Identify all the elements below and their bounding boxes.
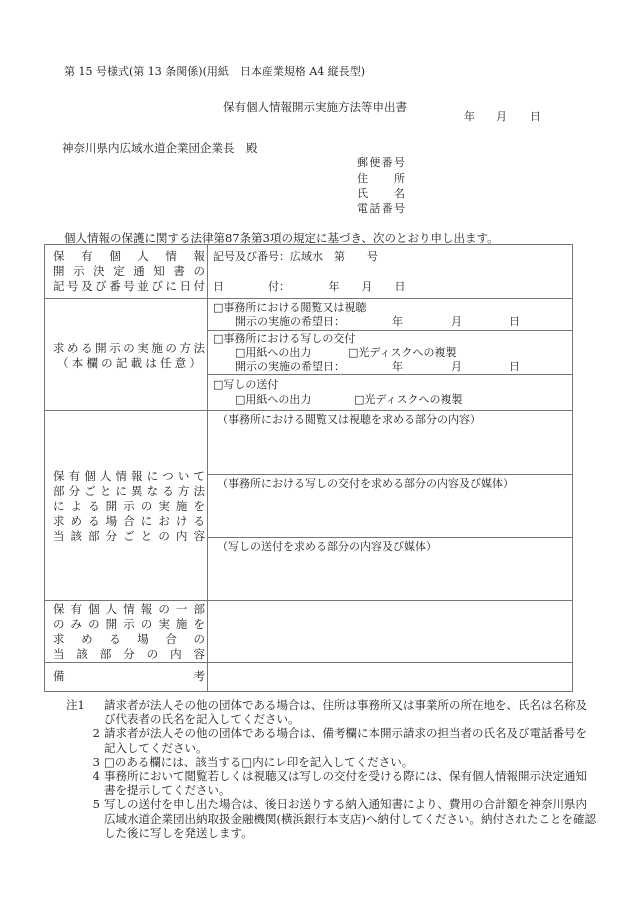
mail-copy-label: 写しの送付 (223, 378, 278, 391)
remarks-field[interactable] (209, 664, 571, 690)
office-copy-day[interactable]: 日 (509, 360, 520, 374)
date-month: 月 (496, 108, 507, 124)
option-mail-copy: □写しの送付 (213, 378, 278, 392)
viewing-month[interactable]: 月 (451, 315, 462, 329)
form-number-label: 第 15 号様式(第 13 条関係)(用紙 日本産業規格 A4 縦長型) (64, 63, 365, 79)
mail-copy-disc-option[interactable]: □光ディスクへの複製 (354, 393, 463, 407)
office-copy-disc-option[interactable]: □光ディスクへの複製 (348, 346, 457, 360)
office-copy-year[interactable]: 年 (392, 360, 403, 374)
note-1: 注1請求者が法人その他の団体である場合は、住所は事務所又は事業所の所在地を、氏名… (76, 698, 596, 726)
office-copy-checkbox[interactable]: □ (213, 332, 223, 345)
row3-label: 保有個人情報について 部分ごとに異なる方法 による開示の実施を 求める場合におけ… (53, 469, 205, 544)
row-divider (45, 662, 572, 663)
note-3: 3□のある欄には、該当する□内にレ印を記入してください。 (76, 755, 596, 769)
viewing-part-field[interactable]: （事務所における閲覧又は視聴を求める部分の内容） (217, 413, 481, 427)
partial-disclosure-field[interactable] (209, 602, 571, 660)
mail-copy-paper-option[interactable]: □用紙への出力 (235, 393, 311, 407)
notes-section: 注1請求者が法人その他の団体である場合は、住所は事務所又は事業所の所在地を、氏名… (76, 698, 596, 840)
office-copy-part-field[interactable]: （事務所における写しの交付を求める部分の内容及び媒体） (217, 477, 514, 491)
row-divider (45, 600, 572, 601)
option-office-copy: □事務所における写しの交付 (213, 332, 355, 346)
note-4: 4事務所において閲覧若しくは視聴又は写しの交付を受ける際には、保有個人情報開示決… (76, 769, 596, 797)
row1-label: 保有個人情報 開示決定通知書の 記号及び番号並びに日付 (53, 249, 205, 294)
date-year: 年 (464, 108, 475, 124)
row4-label: 保有個人情報の一部 のみの開示の実施を 求める場合の 当該部分の内容 (53, 602, 205, 662)
field-name: 氏名 (357, 185, 405, 201)
name-label: 氏名 (357, 185, 405, 201)
field-postal-code: 郵便番号 (357, 154, 405, 170)
row-divider (45, 298, 572, 299)
viewing-label: 事務所における閲覧又は視聴 (223, 301, 366, 314)
note-2: 2請求者が法人その他の団体である場合は、備考欄に本開示請求の担当者の氏名及び電話… (76, 726, 596, 754)
row-divider (207, 537, 572, 538)
viewing-date-label: 開示の実施の希望日： (235, 315, 345, 329)
option-viewing: □事務所における閲覧又は視聴 (213, 301, 366, 315)
viewing-day[interactable]: 日 (509, 315, 520, 329)
office-copy-date-label: 開示の実施の希望日： (235, 360, 345, 374)
date-day: 日 (530, 108, 541, 124)
column-divider (207, 245, 208, 691)
viewing-checkbox[interactable]: □ (213, 301, 223, 314)
row-divider (207, 330, 572, 331)
mail-copy-checkbox[interactable]: □ (213, 378, 223, 391)
addressee: 神奈川県内広域水道企業団企業長 殿 (62, 140, 258, 156)
field-phone: 電話番号 (357, 200, 405, 216)
request-form-table: 保有個人情報 開示決定通知書の 記号及び番号並びに日付 記号及び番号：広域水 第… (44, 244, 573, 692)
office-copy-label: 事務所における写しの交付 (223, 332, 355, 345)
row-divider (207, 374, 572, 375)
postal-code-label: 郵便番号 (357, 154, 405, 170)
row-divider (45, 410, 572, 411)
field-address: 住所 (357, 170, 405, 186)
address-label: 住所 (357, 170, 405, 186)
phone-label: 電話番号 (357, 200, 405, 216)
mail-copy-part-field[interactable]: （写しの送付を求める部分の内容及び媒体） (217, 540, 437, 554)
office-copy-month[interactable]: 月 (451, 360, 462, 374)
notice-date-field[interactable]: 日 付： 年 月 日 (213, 280, 406, 294)
office-copy-paper-option[interactable]: □用紙への出力 (235, 346, 311, 360)
row-divider (207, 474, 572, 475)
row2-label: 求める開示の実施の方法 （本欄の記載は任意） (53, 341, 205, 371)
note-5: 5写しの送付を申し出た場合は、後日お送りする納入通知書により、費用の合計額を神奈… (76, 797, 596, 840)
remarks-label: 備考 (53, 669, 205, 684)
viewing-year[interactable]: 年 (392, 315, 403, 329)
notice-number-field[interactable]: 記号及び番号：広域水 第 号 (213, 250, 378, 264)
